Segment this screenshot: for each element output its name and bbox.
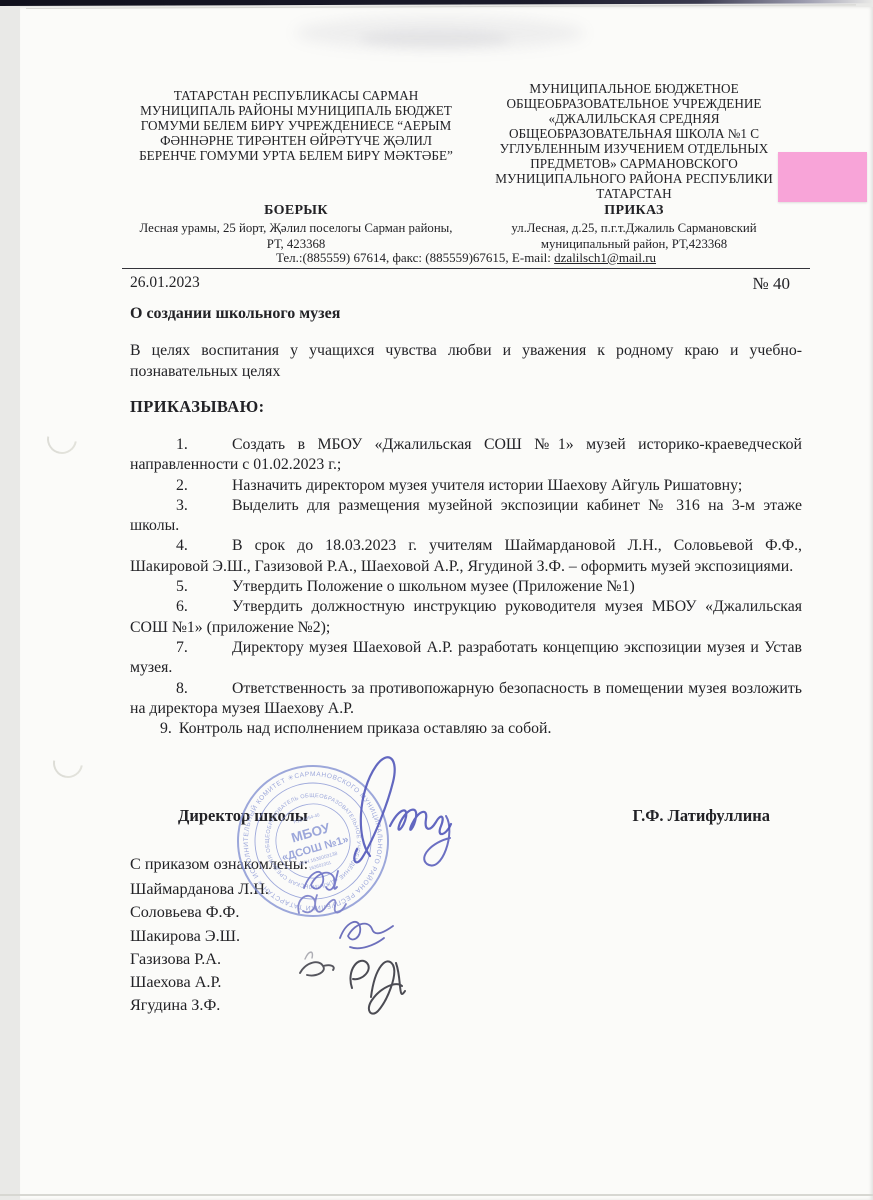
paper-bottom-edge: [0, 1194, 873, 1196]
pink-sticky-note: [778, 152, 867, 202]
letterhead-tatar: ТАТАРСТАН РЕСПУБЛИКАСЫ САРМАН МУНИЦИПАЛЬ…: [130, 81, 462, 252]
item-number: 6.: [176, 597, 232, 617]
order-item: 8.Ответственность за противопожарную без…: [130, 679, 802, 720]
item-text: Назначить директором музея учителя истор…: [232, 477, 742, 494]
scanned-order-page: ТАТАРСТАН РЕСПУБЛИКАСЫ САРМАН МУНИЦИПАЛЬ…: [0, 0, 873, 1200]
signer-name: Г.Ф. Латифуллина: [632, 806, 770, 826]
item-number: 4.: [176, 536, 232, 556]
item-number: 7.: [176, 638, 232, 658]
order-item: 2.Назначить директором музея учителя ист…: [130, 476, 802, 496]
item-text: Контроль над исполнением приказа оставля…: [179, 720, 552, 737]
order-item: 6.Утвердить должностную инструкцию руков…: [130, 597, 802, 638]
org-address-tatar: Лесная урамы, 25 йорт, Җәлил поселогы Са…: [130, 220, 462, 252]
contact-line: Тел.:(885559) 67614, факс: (885559)67615…: [122, 250, 810, 266]
stamp-outer-ring-text: САРМАНОВСКОГО МУНИЦИПАЛЬНОГО РАЙОНА РЕСП…: [233, 761, 393, 921]
letterhead-russian: МУНИЦИПАЛЬНОЕ БЮДЖЕТНОЕ ОБЩЕОБРАЗОВАТЕЛЬ…: [466, 81, 802, 252]
order-subject: О создании школьного музея: [130, 305, 340, 323]
document-date: 26.01.2023: [130, 274, 200, 294]
org-name-russian: МУНИЦИПАЛЬНОЕ БЮДЖЕТНОЕ ОБЩЕОБРАЗОВАТЕЛЬ…: [466, 81, 802, 201]
order-preamble: В целях воспитания у учащихся чувства лю…: [130, 341, 802, 382]
order-items: 1.Создать в МБОУ «Джалильская СОШ №1» му…: [130, 435, 802, 739]
header-divider: [122, 268, 810, 269]
order-item: 3.Выделить для размещения музейной экспо…: [130, 496, 802, 537]
order-item: 1.Создать в МБОУ «Джалильская СОШ №1» му…: [130, 435, 802, 476]
order-item: 9.Контроль над исполнением приказа остав…: [130, 719, 802, 739]
order-item: 4.В срок до 18.03.2023 г. учителям Шайма…: [130, 536, 802, 577]
acknowledged-name: Ягудина З.Ф.: [130, 994, 269, 1017]
org-address-russian: ул.Лесная, д.25, п.г.т.Джалиль Сармановс…: [466, 220, 802, 252]
item-number: 5.: [176, 577, 232, 597]
date-number-row: 26.01.2023 № 40: [130, 274, 802, 294]
order-item: 5.Утвердить Положение о школьном музее (…: [130, 577, 802, 597]
doc-type-tatar: БОЕРЫК: [130, 203, 462, 218]
order-word: ПРИКАЗЫВАЮ:: [130, 397, 264, 417]
acknowledged-name: Газизова Р.А.: [130, 948, 269, 971]
doc-type-russian: ПРИКАЗ: [466, 203, 802, 218]
acknowledged-name: Шакирова Э.Ш.: [130, 925, 269, 948]
item-number: 1.: [176, 435, 232, 455]
item-number: 9.: [160, 719, 172, 739]
scan-smudge-small: [360, 30, 510, 48]
svg-text:САРМАНОВСКОГО МУНИЦИПАЛЬНОГО Р: САРМАНОВСКОГО МУНИЦИПАЛЬНОГО РАЙОНА РЕСП…: [233, 761, 393, 921]
email-text: dzalilsch1@mail.ru: [554, 250, 656, 265]
order-item: 7.Директору музея Шаеховой А.Р. разработ…: [130, 638, 802, 679]
acknowledged-name: Шаехова А.Р.: [130, 971, 269, 994]
item-number: 8.: [176, 679, 232, 699]
school-round-stamp: САРМАНОВСКОГО МУНИЦИПАЛЬНОГО РАЙОНА РЕСП…: [233, 761, 393, 921]
phone-fax-text: Тел.:(885559) 67614, факс: (885559)67615…: [276, 250, 554, 265]
item-number: 2.: [176, 476, 232, 496]
document-number: № 40: [753, 274, 802, 294]
org-name-tatar: ТАТАРСТАН РЕСПУБЛИКАСЫ САРМАН МУНИЦИПАЛЬ…: [130, 88, 462, 163]
item-number: 3.: [176, 496, 232, 516]
item-text: Утвердить Положение о школьном музее (Пр…: [232, 578, 635, 595]
letterhead: ТАТАРСТАН РЕСПУБЛИКАСЫ САРМАН МУНИЦИПАЛЬ…: [130, 81, 802, 252]
signature-row: Директор школы Г.Ф. Латифуллина: [130, 806, 802, 826]
